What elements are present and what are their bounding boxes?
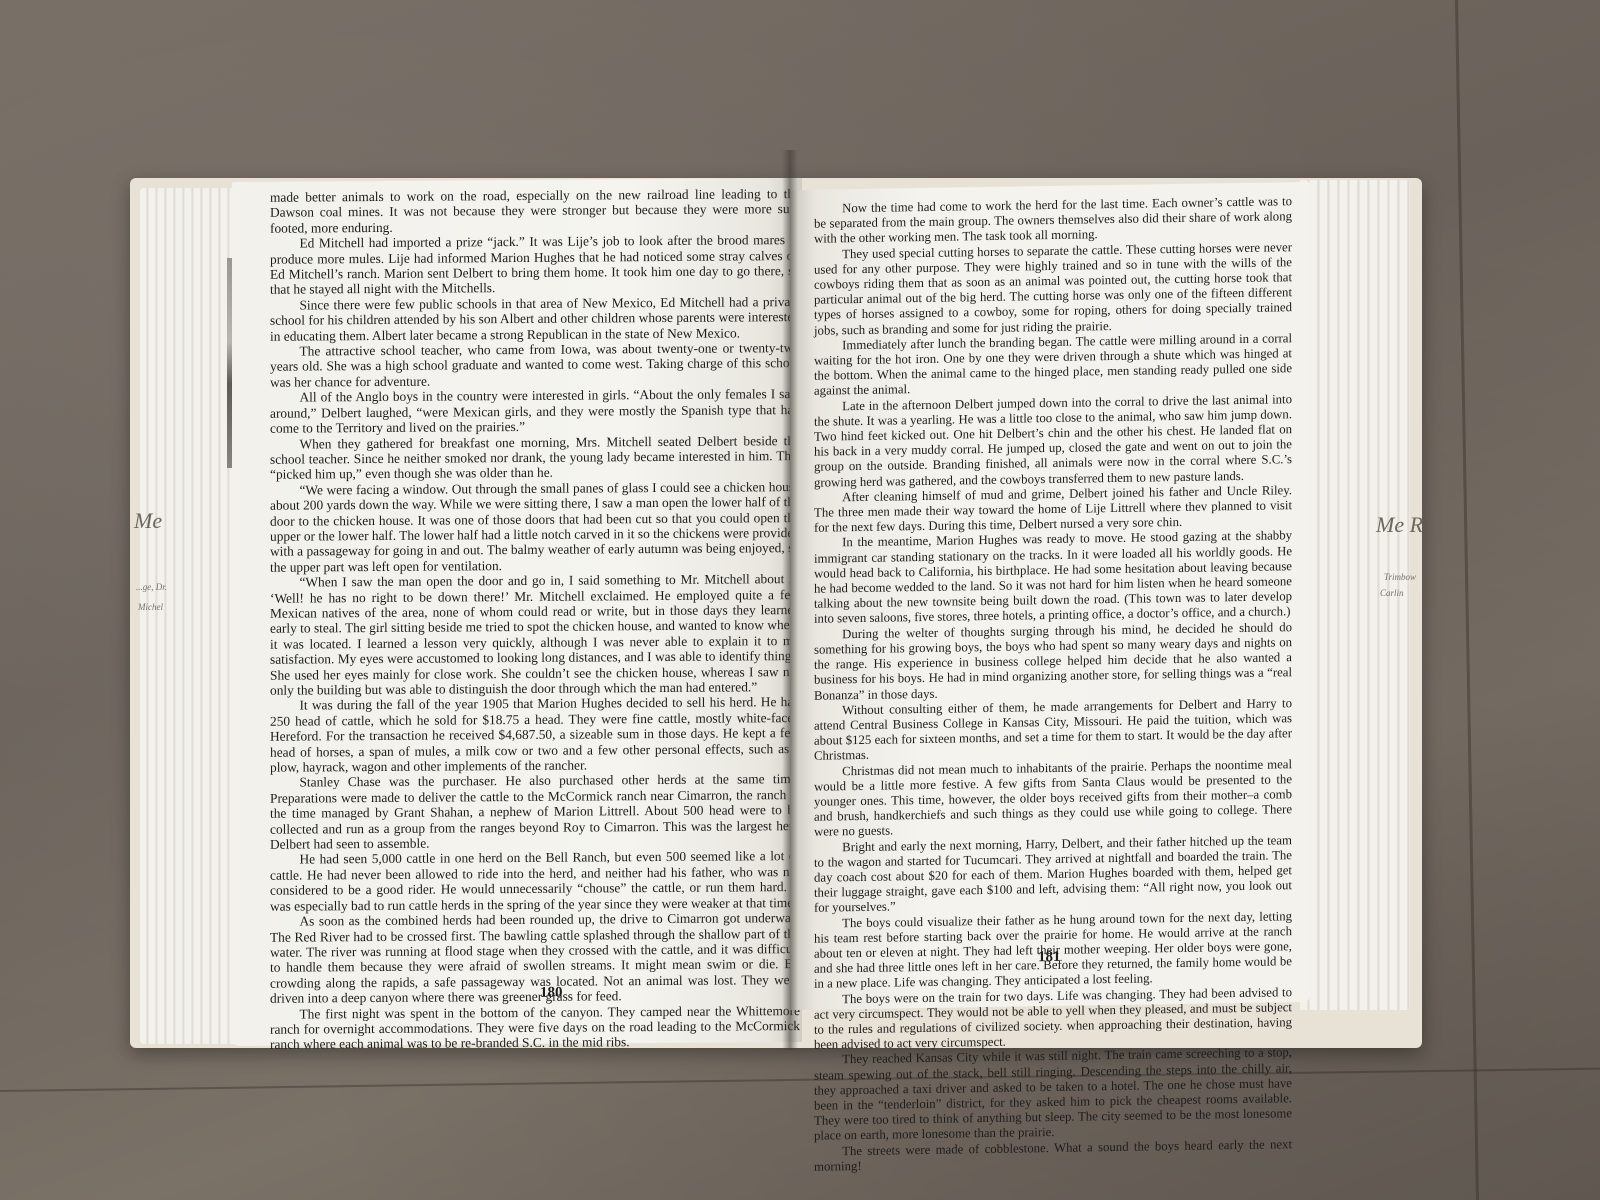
paragraph: made better animals to work on the road,…: [270, 186, 800, 236]
paragraph: In the meantime, Marion Hughes was ready…: [814, 529, 1292, 628]
edge-title-fragment-left: Me: [134, 508, 162, 534]
right-page-body: Now the time had come to work the herd f…: [814, 194, 1292, 1175]
paragraph: After cleaning himself of mud and grime,…: [814, 483, 1292, 536]
page-number: 181: [1038, 949, 1061, 966]
paragraph: “When I saw the man open the door and go…: [270, 571, 800, 698]
paragraph: They used special cutting horses to sepa…: [814, 240, 1292, 339]
edge-caption-left-1: ...ge, Dr.: [136, 582, 167, 592]
left-page-body: made better animals to work on the road,…: [270, 186, 800, 1052]
paragraph: Ed Mitchell had imported a prize “jack.”…: [270, 232, 800, 297]
left-page: made better animals to work on the road,…: [232, 178, 802, 1046]
paragraph: Without consulting either of them, he ma…: [814, 696, 1292, 764]
paragraph: Late in the afternoon Delbert jumped dow…: [814, 392, 1292, 491]
paragraph: Stanley Chase was the purchaser. He also…: [270, 771, 800, 852]
edge-caption-right-1: Trimbow: [1384, 572, 1416, 582]
paragraph: The boys were on the train for two days.…: [814, 985, 1292, 1053]
paragraph: During the welter of thoughts surging th…: [814, 620, 1292, 704]
edge-title-fragment-right: Me R: [1376, 512, 1423, 538]
floor-crack: [0, 1068, 1600, 1092]
paragraph: It was during the fall of the year 1905 …: [270, 694, 800, 775]
book-gutter: [782, 150, 798, 1050]
page-number: 180: [540, 985, 563, 1002]
paragraph: Now the time had come to work the herd f…: [814, 194, 1292, 247]
paragraph: The first night was spent in the bottom …: [270, 1003, 800, 1053]
edge-caption-left-2: Michel: [138, 602, 163, 612]
paragraph: When they gathered for breakfast one mor…: [270, 433, 800, 483]
paragraph: “We were facing a window. Out through th…: [270, 479, 800, 575]
right-page: Now the time had come to work the herd f…: [790, 182, 1310, 1010]
paragraph: They reached Kansas City while it was st…: [814, 1046, 1292, 1145]
paragraph: All of the Anglo boys in the country wer…: [270, 386, 800, 436]
paragraph: He had seen 5,000 cattle in one herd on …: [270, 848, 800, 913]
edge-caption-right-2: Carlin: [1380, 588, 1404, 598]
paragraph: The attractive school teacher, who came …: [270, 340, 800, 390]
paragraph: Bright and early the next morning, Harry…: [814, 833, 1292, 917]
floor-crack: [1455, 0, 1479, 1200]
paragraph: Christmas did not mean much to inhabitan…: [814, 757, 1292, 841]
paragraph: Since there were few public schools in t…: [270, 294, 800, 344]
paragraph: Immediately after lunch the branding beg…: [814, 331, 1292, 399]
paragraph: As soon as the combined herds had been r…: [270, 910, 800, 1006]
